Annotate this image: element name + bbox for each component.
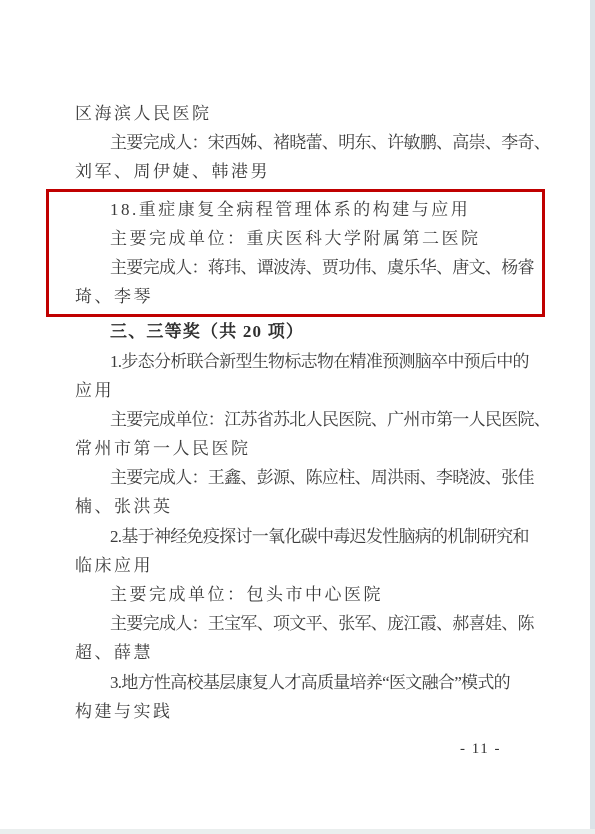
text-line: 超、薛慧 [75, 638, 550, 667]
page-number: - 11 - [460, 741, 501, 758]
text-line: 临床应用 [75, 551, 550, 580]
text-line: 主要完成人：王鑫、彭源、陈应柱、周洪雨、李晓波、张佳 [75, 463, 550, 492]
text-line: 主要完成人：王宝军、项文平、张军、庞江霞、郝喜娃、陈 [75, 609, 550, 638]
text-line: 构建与实践 [75, 697, 550, 726]
text-line: 主要完成人：蒋玮、谭波涛、贾功伟、虞乐华、唐文、杨睿 [75, 253, 550, 282]
text-line: 区海滨人民医院 [75, 99, 550, 128]
text-line: 常州市第一人民医院 [75, 434, 550, 463]
text-line: 应用 [75, 376, 550, 405]
text-line: 刘军、周伊婕、韩港男 [75, 157, 550, 186]
scan-edge-right [590, 0, 595, 834]
scan-edge-bottom [0, 829, 595, 834]
text-line: 主要完成单位：重庆医科大学附属第二医院 [75, 224, 550, 253]
text-line: 楠、张洪英 [75, 492, 550, 521]
section-heading-third-prize: 三、三等奖（共 20 项） [75, 317, 550, 346]
text-line: 3.地方性高校基层康复人才高质量培养“医文融合”模式的 [75, 668, 550, 697]
document-body: 区海滨人民医院 主要完成人：宋西姊、褚晓蕾、明东、许敏鹏、高崇、李奇、 刘军、周… [75, 99, 550, 726]
text-line-award-title: 18.重症康复全病程管理体系的构建与应用 [75, 195, 550, 224]
text-line: 1.步态分析联合新型生物标志物在精准预测脑卒中预后中的 [75, 347, 550, 376]
text-line: 主要完成单位：江苏省苏北人民医院、广州市第一人民医院、 [75, 405, 550, 434]
text-line: 琦、李琴 [75, 282, 550, 311]
text-line: 2.基于神经免疫探讨一氧化碳中毒迟发性脑病的机制研究和 [75, 522, 550, 551]
text-line: 主要完成单位：包头市中心医院 [75, 580, 550, 609]
text-line: 主要完成人：宋西姊、褚晓蕾、明东、许敏鹏、高崇、李奇、 [75, 128, 550, 157]
